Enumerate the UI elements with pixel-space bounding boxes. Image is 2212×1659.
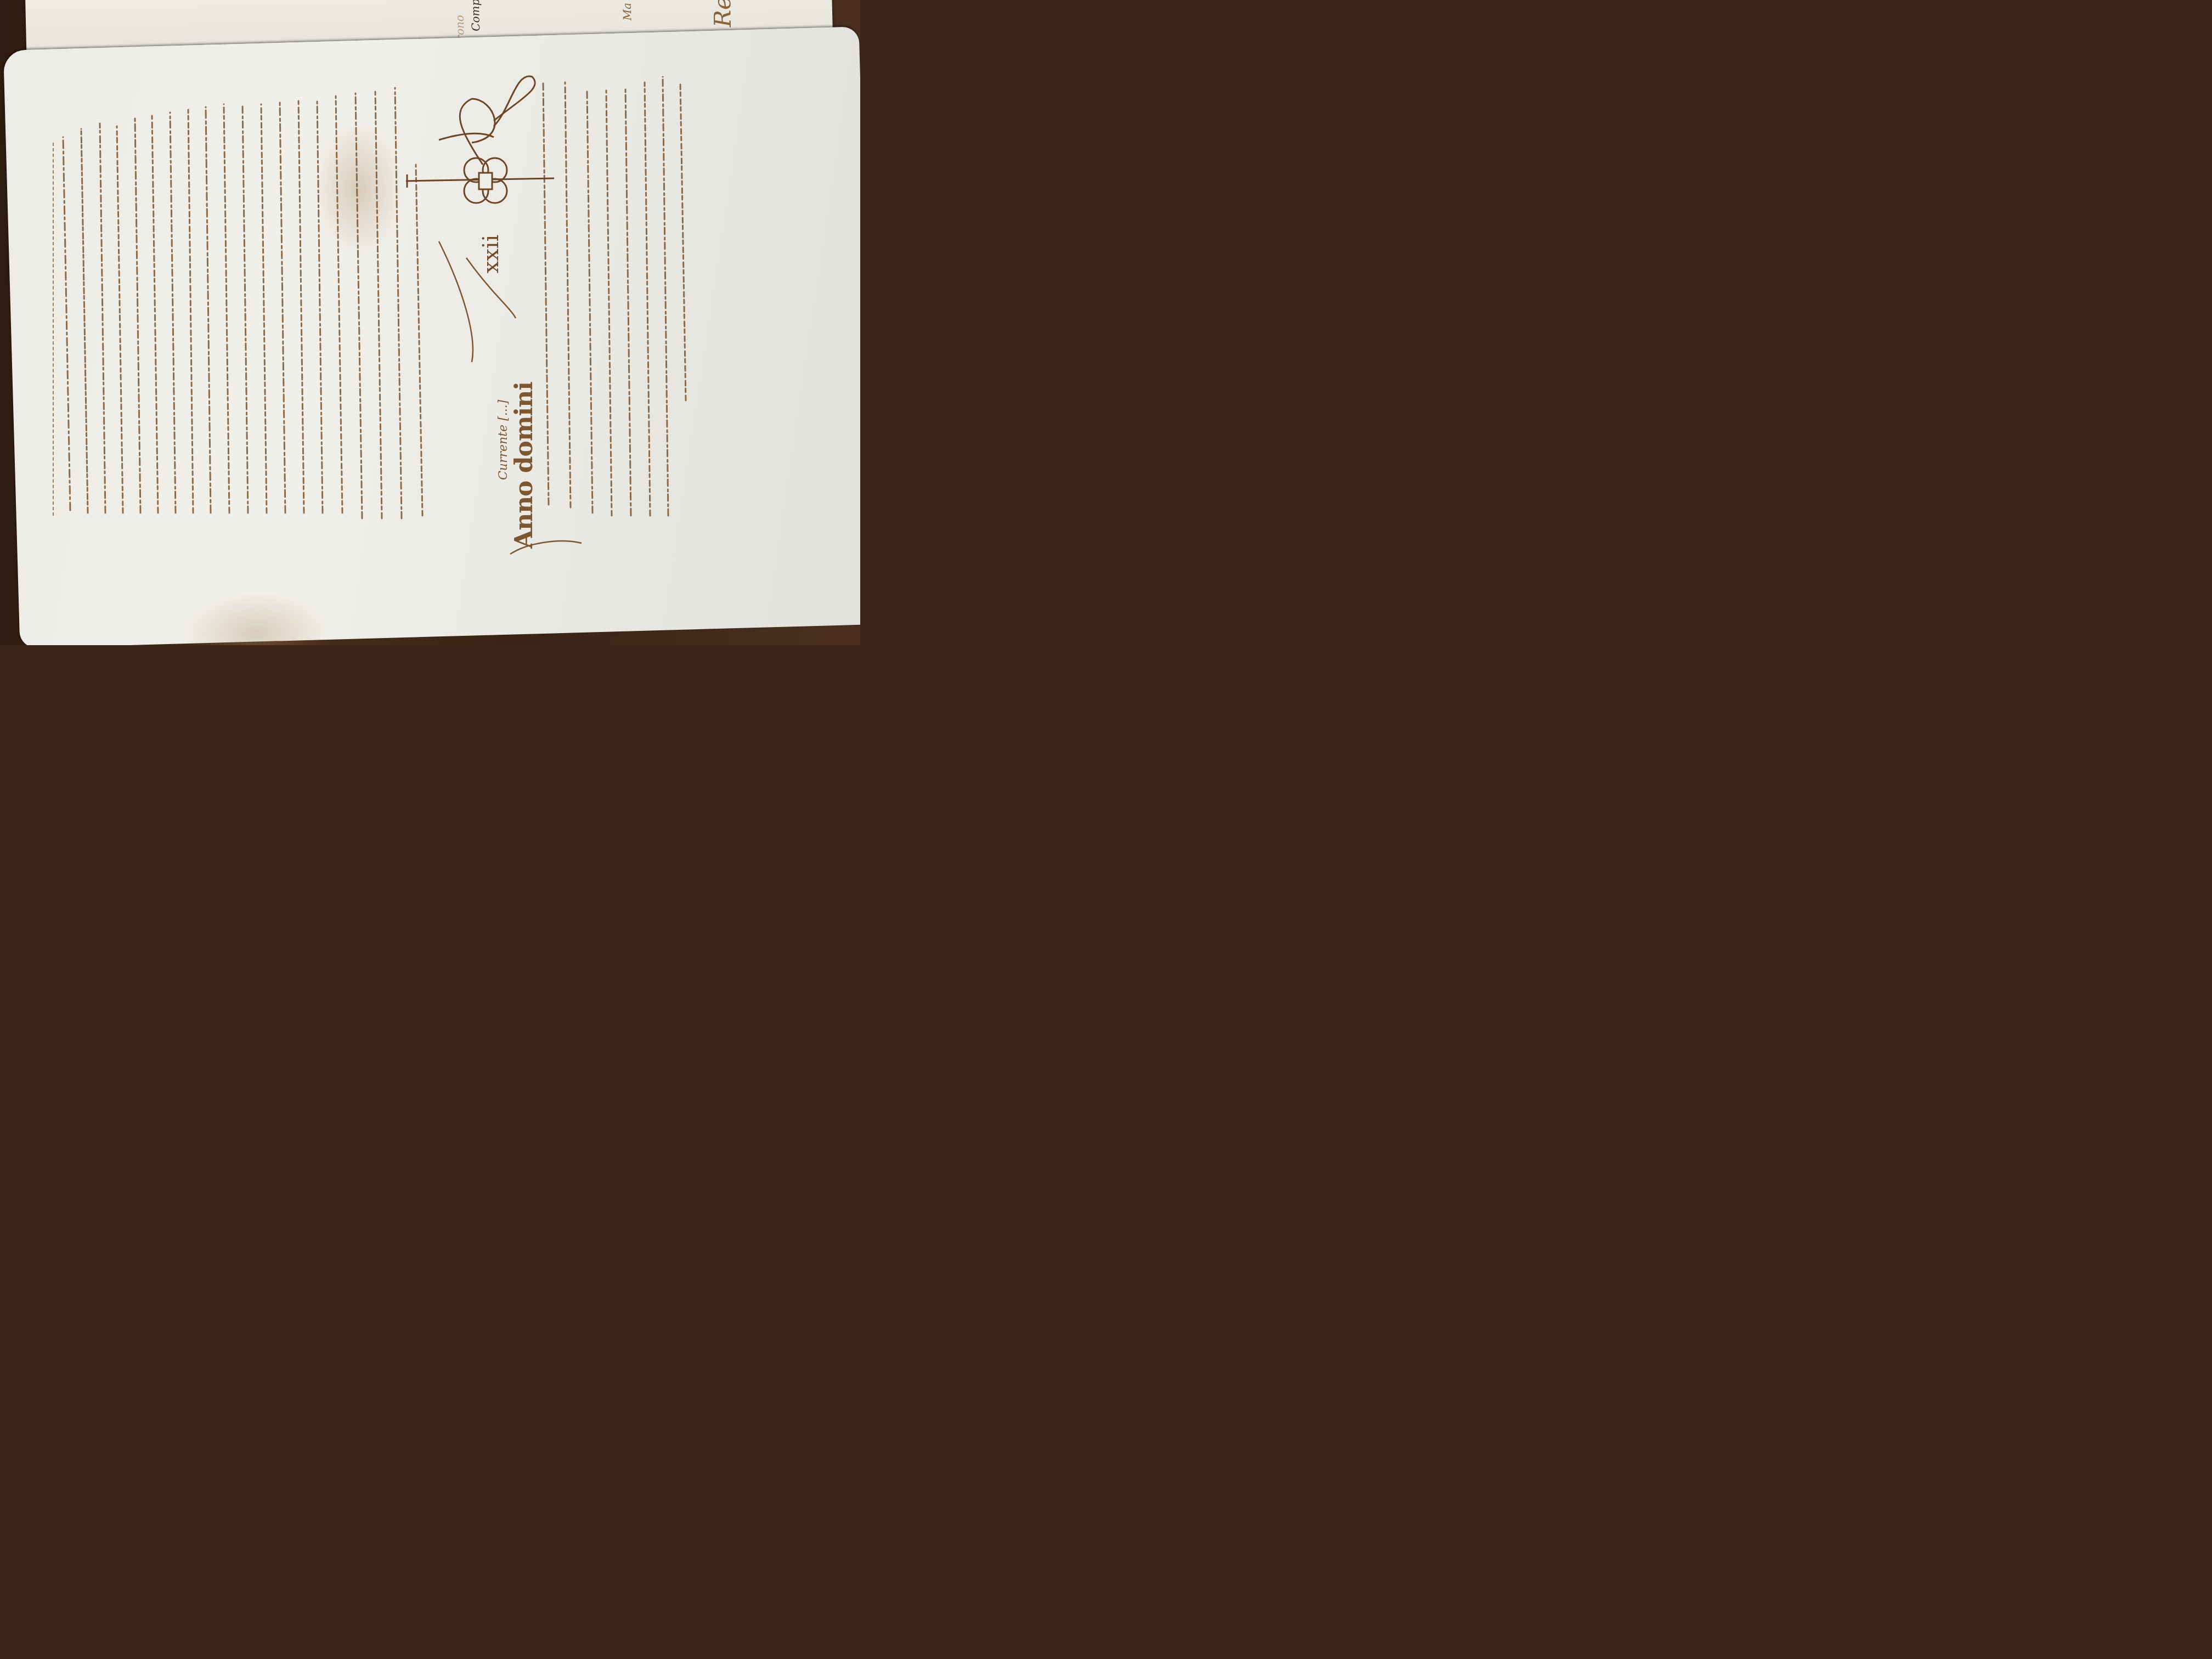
main-text-lines: [63, 88, 422, 518]
document-heading: Anno domini: [510, 382, 538, 549]
roman-numeral: xxii: [478, 235, 504, 274]
notary-sign: [406, 76, 554, 203]
manuscript-ink-layer: [0, 0, 860, 645]
lower-text-lines: [543, 77, 686, 516]
heading-preline: Currente [...]: [496, 400, 510, 480]
